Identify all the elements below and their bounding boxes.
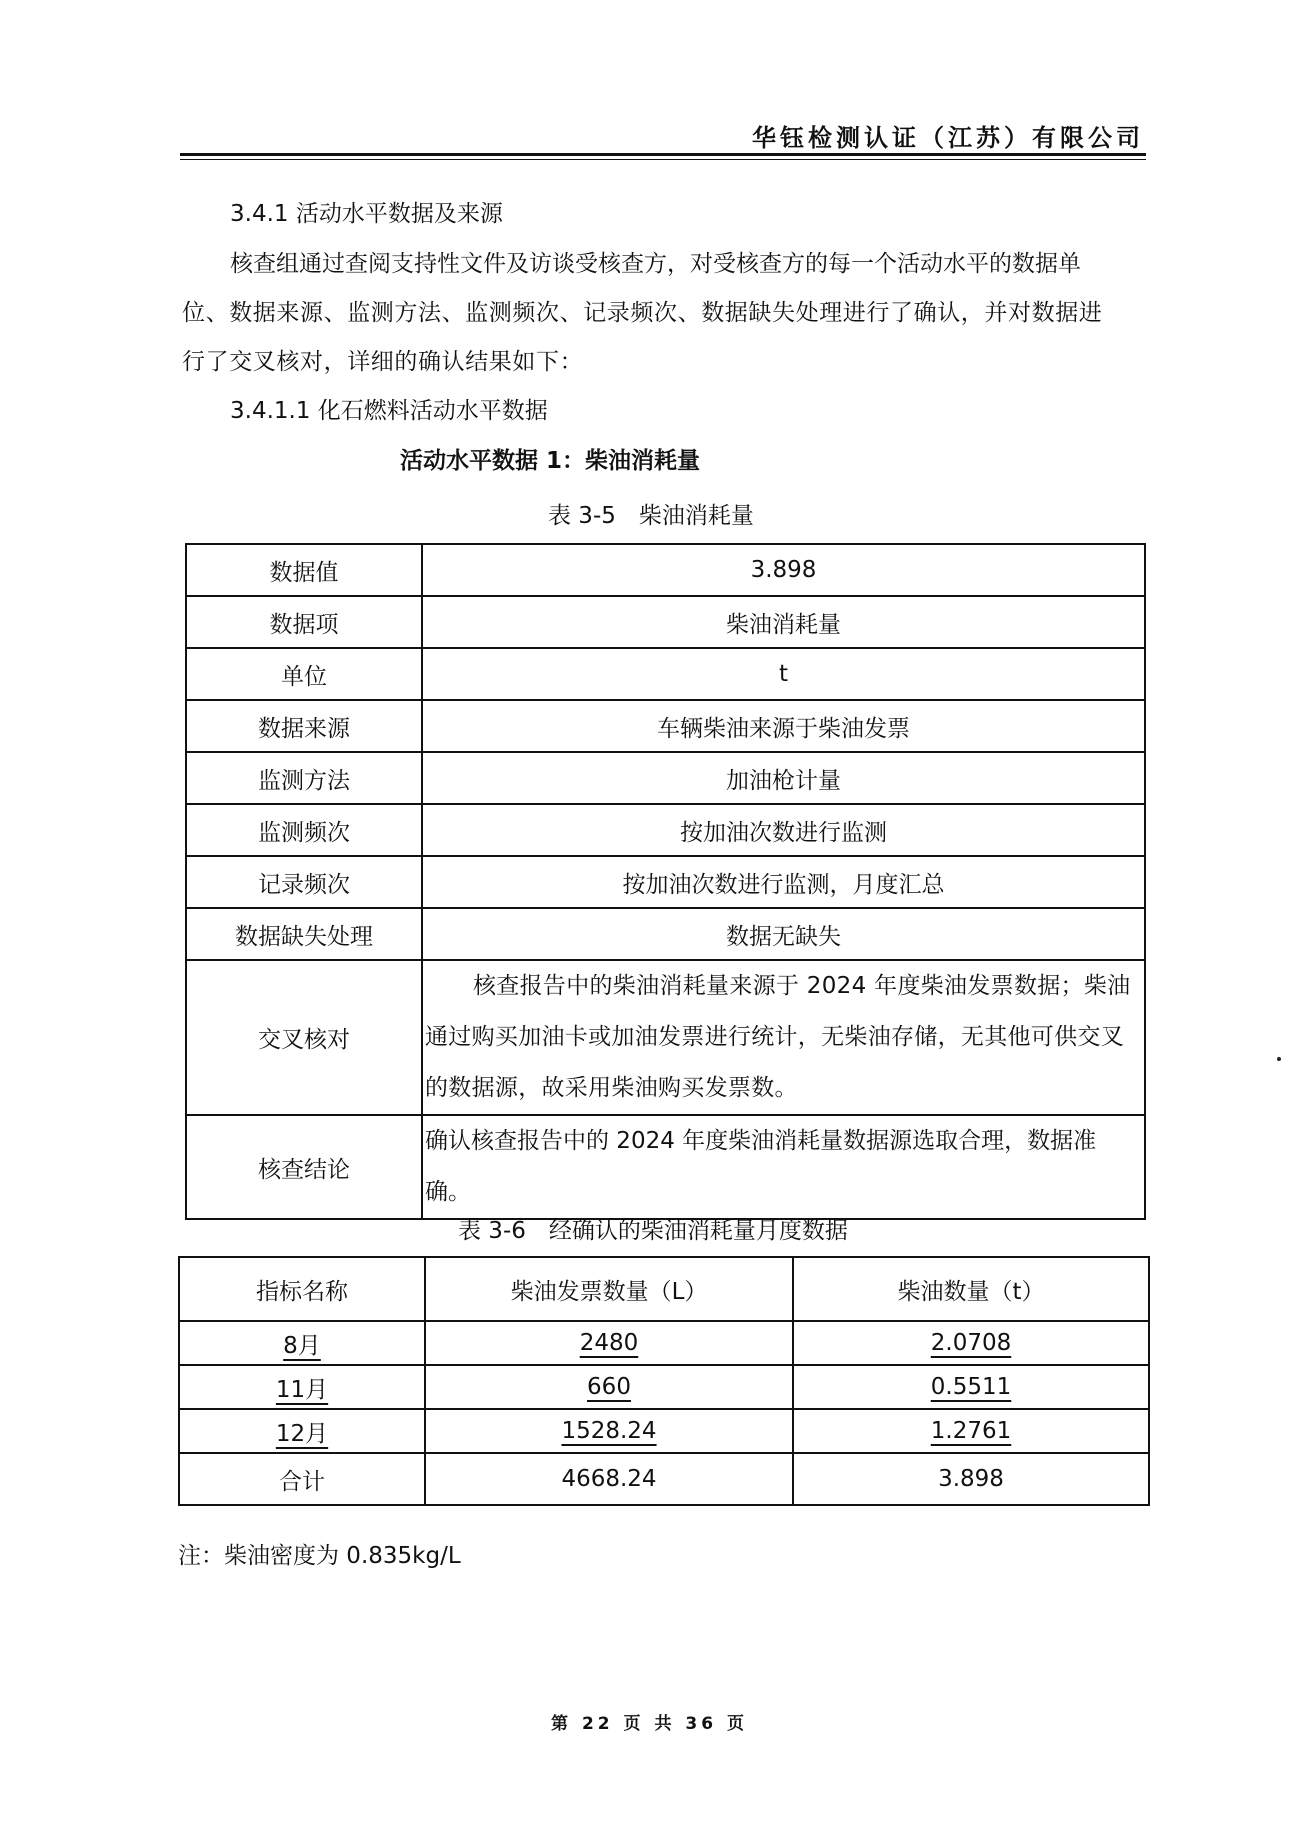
table-row: 数据值 3.898 xyxy=(186,544,1145,596)
table-row: 数据缺失处理 数据无缺失 xyxy=(186,908,1145,960)
total-liters: 4668.24 xyxy=(425,1453,793,1505)
table-row: 数据来源 车辆柴油来源于柴油发票 xyxy=(186,700,1145,752)
diesel-consumption-table: 数据值 3.898 数据项 柴油消耗量 单位 t 数据来源 车辆柴油来源于柴油发… xyxy=(185,543,1146,1220)
liters-cell: 2480 xyxy=(425,1321,793,1365)
table-row: 8月 2480 2.0708 xyxy=(179,1321,1149,1365)
subsection-heading: 3.4.1.1 化石燃料活动水平数据 xyxy=(230,397,548,425)
row-value-paragraph: 核查报告中的柴油消耗量来源于 2024 年度柴油发票数据；柴油通过购买加油卡或加… xyxy=(422,960,1145,1115)
row-key: 交叉核对 xyxy=(186,960,422,1115)
table-row: 11月 660 0.5511 xyxy=(179,1365,1149,1409)
table-row-conclusion: 核查结论 确认核查报告中的 2024 年度柴油消耗量数据源选取合理，数据准确。 xyxy=(186,1115,1145,1219)
table-header-row: 指标名称 柴油发票数量（L） 柴油数量（t） xyxy=(179,1257,1149,1321)
table1-caption: 表 3-5 柴油消耗量 xyxy=(548,497,754,530)
row-key: 数据项 xyxy=(186,596,422,648)
tons-cell: 0.5511 xyxy=(793,1365,1149,1409)
company-name-header: 华钰检测认证（江苏）有限公司 xyxy=(752,118,1144,153)
tons-cell: 1.2761 xyxy=(793,1409,1149,1453)
table-row: 单位 t xyxy=(186,648,1145,700)
column-header: 柴油数量（t） xyxy=(793,1257,1149,1321)
row-key: 记录频次 xyxy=(186,856,422,908)
table-row: 监测频次 按加油次数进行监测 xyxy=(186,804,1145,856)
document-page: 华钰检测认证（江苏）有限公司 3.4.1 活动水平数据及来源 核查组通过查阅支持… xyxy=(0,0,1299,1831)
row-key: 监测方法 xyxy=(186,752,422,804)
row-key: 数据来源 xyxy=(186,700,422,752)
month-cell: 8月 xyxy=(179,1321,425,1365)
table-total-row: 合计 4668.24 3.898 xyxy=(179,1453,1149,1505)
row-value: t xyxy=(422,648,1145,700)
row-value: 按加油次数进行监测，月度汇总 xyxy=(422,856,1145,908)
monthly-diesel-table: 指标名称 柴油发票数量（L） 柴油数量（t） 8月 2480 2.0708 11… xyxy=(178,1256,1150,1506)
row-value: 按加油次数进行监测 xyxy=(422,804,1145,856)
activity-title: 活动水平数据 1：柴油消耗量 xyxy=(400,447,700,475)
total-label: 合计 xyxy=(179,1453,425,1505)
intro-line-3: 行了交叉核对，详细的确认结果如下： xyxy=(182,348,583,376)
liters-cell: 660 xyxy=(425,1365,793,1409)
intro-line-2: 位、数据来源、监测方法、监测频次、记录频次、数据缺失处理进行了确认，并对数据进 xyxy=(182,299,1102,327)
row-value: 加油枪计量 xyxy=(422,752,1145,804)
table-row: 数据项 柴油消耗量 xyxy=(186,596,1145,648)
liters-cell: 1528.24 xyxy=(425,1409,793,1453)
row-value: 数据无缺失 xyxy=(422,908,1145,960)
row-key: 核查结论 xyxy=(186,1115,422,1219)
tons-cell: 2.0708 xyxy=(793,1321,1149,1365)
row-key: 单位 xyxy=(186,648,422,700)
row-value: 3.898 xyxy=(422,544,1145,596)
row-value: 柴油消耗量 xyxy=(422,596,1145,648)
row-value: 车辆柴油来源于柴油发票 xyxy=(422,700,1145,752)
section-heading: 3.4.1 活动水平数据及来源 xyxy=(230,200,503,228)
total-tons: 3.898 xyxy=(793,1453,1149,1505)
intro-line-1: 核查组通过查阅支持性文件及访谈受核查方，对受核查方的每一个活动水平的数据单 xyxy=(230,250,1081,278)
row-key: 数据缺失处理 xyxy=(186,908,422,960)
header-rule-thin xyxy=(180,159,1146,160)
row-key: 监测频次 xyxy=(186,804,422,856)
table-row: 记录频次 按加油次数进行监测，月度汇总 xyxy=(186,856,1145,908)
column-header: 指标名称 xyxy=(179,1257,425,1321)
table-row-cross-check: 交叉核对 核查报告中的柴油消耗量来源于 2024 年度柴油发票数据；柴油通过购买… xyxy=(186,960,1145,1115)
table-row: 12月 1528.24 1.2761 xyxy=(179,1409,1149,1453)
density-note: 注：柴油密度为 0.835kg/L xyxy=(178,1537,461,1570)
cross-check-text: 核查报告中的柴油消耗量来源于 2024 年度柴油发票数据；柴油通过购买加油卡或加… xyxy=(425,973,1130,1101)
page-number-footer: 第 22 页 共 36 页 xyxy=(0,1709,1299,1734)
table2-caption: 表 3-6 经确认的柴油消耗量月度数据 xyxy=(458,1212,848,1245)
scan-speck xyxy=(1277,1057,1281,1061)
table-row: 监测方法 加油枪计量 xyxy=(186,752,1145,804)
month-cell: 11月 xyxy=(179,1365,425,1409)
header-rule-thick xyxy=(180,153,1146,156)
row-value: 确认核查报告中的 2024 年度柴油消耗量数据源选取合理，数据准确。 xyxy=(422,1115,1145,1219)
column-header: 柴油发票数量（L） xyxy=(425,1257,793,1321)
month-cell: 12月 xyxy=(179,1409,425,1453)
row-key: 数据值 xyxy=(186,544,422,596)
